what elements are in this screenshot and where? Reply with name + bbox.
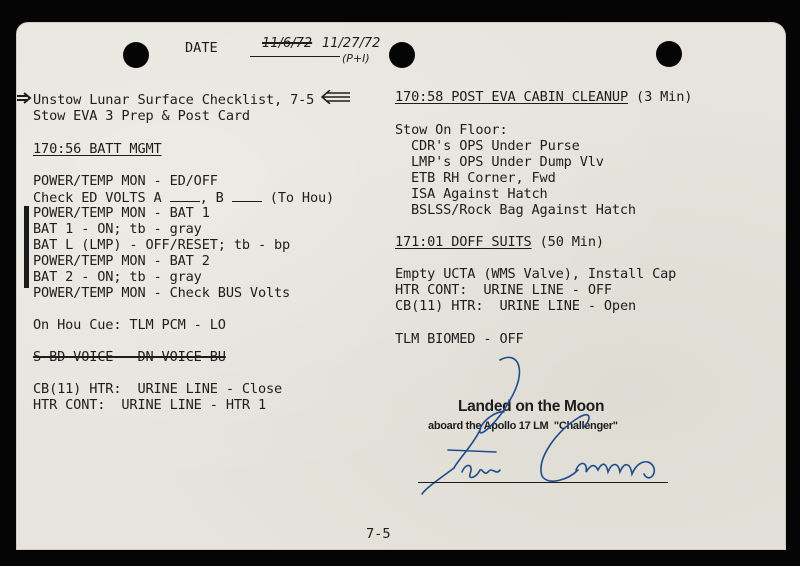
stow-item: LMP's OPS Under Dump Vlv xyxy=(411,154,604,170)
signature-line xyxy=(418,482,668,483)
doff-line: Empty UCTA (WMS Valve), Install Cap xyxy=(395,266,676,282)
hand-drawn-arrow-left-icon xyxy=(320,90,352,104)
punch-hole-center xyxy=(389,42,415,68)
date-struck: 11/6/72 xyxy=(262,36,312,51)
step-text: Check ED VOLTS A xyxy=(33,190,162,206)
cabin-cleanup-title: 170:58 POST EVA CABIN CLEANUP xyxy=(395,89,628,105)
date-underline xyxy=(250,56,340,57)
hou-cue-line: On Hou Cue: TLM PCM - LO xyxy=(33,317,226,333)
step-line: BAT L (LMP) - OFF/RESET; tb - bp xyxy=(33,237,290,253)
punch-hole-right xyxy=(656,41,682,67)
doff-line: HTR CONT: URINE LINE - OFF xyxy=(395,282,612,298)
section-title-doff-suits: 171:01 DOFF SUITS (50 Min) xyxy=(395,234,604,250)
tlm-biomed-line: TLM BIOMED - OFF xyxy=(395,331,524,347)
stow-item: ISA Against Hatch xyxy=(411,186,548,202)
step-line: POWER/TEMP MON - BAT 1 xyxy=(33,205,210,221)
cabin-cleanup-duration: (3 Min) xyxy=(636,89,692,105)
autograph-signature xyxy=(418,350,688,500)
date-note: (P+I) xyxy=(342,52,370,65)
volts-a-blank[interactable] xyxy=(170,189,200,202)
change-bar xyxy=(24,206,29,288)
to-hou-label: (To Hou) xyxy=(270,190,334,206)
punch-hole-left xyxy=(123,42,149,68)
step-line: BAT 2 - ON; tb - gray xyxy=(33,269,202,285)
cb-htr-close-line: CB(11) HTR: URINE LINE - Close xyxy=(33,381,282,397)
stow-item: CDR's OPS Under Purse xyxy=(411,138,580,154)
step-line: POWER/TEMP MON - Check BUS Volts xyxy=(33,285,290,301)
stow-item: ETB RH Corner, Fwd xyxy=(411,170,556,186)
step-line: BAT 1 - ON; tb - gray xyxy=(33,221,202,237)
doff-line: CB(11) HTR: URINE LINE - Open xyxy=(395,298,636,314)
step-line: POWER/TEMP MON - ED/OFF xyxy=(33,173,218,189)
date-handwritten: 11/27/72 xyxy=(322,36,380,51)
intro-line-1: Unstow Lunar Surface Checklist, 7-5 xyxy=(33,92,314,108)
intro-line-2: Stow EVA 3 Prep & Post Card xyxy=(33,108,250,124)
htr-cont-line: HTR CONT: URINE LINE - HTR 1 xyxy=(33,397,266,413)
volts-b-label: , B xyxy=(200,190,224,206)
section-title-cabin-cleanup: 170:58 POST EVA CABIN CLEANUP (3 Min) xyxy=(395,89,692,105)
stow-item: BSLSS/Rock Bag Against Hatch xyxy=(411,202,636,218)
step-line: POWER/TEMP MON - BAT 2 xyxy=(33,253,210,269)
volts-b-blank[interactable] xyxy=(232,189,262,202)
hand-drawn-arrow-right-icon xyxy=(16,92,32,104)
stow-heading: Stow On Floor: xyxy=(395,122,507,138)
page-number: 7-5 xyxy=(366,526,391,542)
doff-suits-duration: (50 Min) xyxy=(540,234,604,250)
struck-voice-line: S-BD VOICE - DN VOICE BU xyxy=(33,349,226,365)
signature-block: Landed on the Moon aboard the Apollo 17 … xyxy=(418,350,688,500)
step-line-check-ed-volts: Check ED VOLTS A , B (To Hou) xyxy=(33,189,334,206)
section-title-batt-mgmt: 170:56 BATT MGMT xyxy=(33,141,162,157)
date-label: DATE xyxy=(185,40,218,56)
doff-suits-title: 171:01 DOFF SUITS xyxy=(395,234,532,250)
